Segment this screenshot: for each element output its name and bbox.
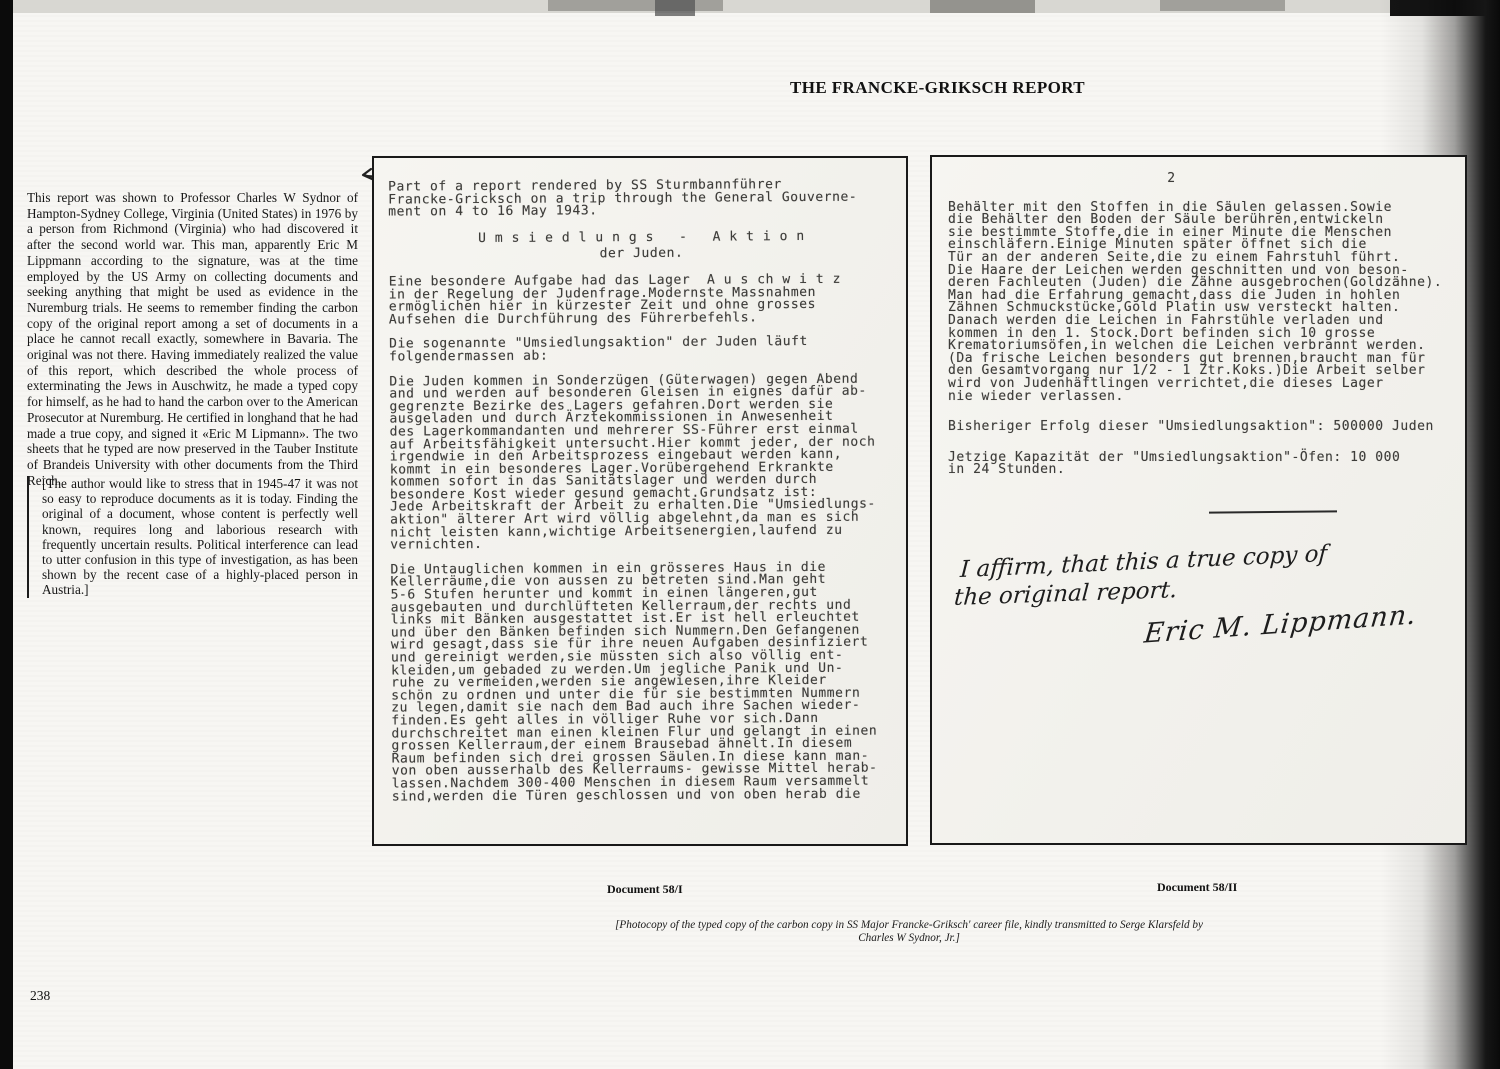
scan-smudge	[655, 0, 695, 16]
doc1-title-line2: der Juden.	[388, 247, 894, 263]
commentary-paragraph-1: This report was shown to Professor Charl…	[27, 190, 358, 488]
scan-left-edge-bar	[0, 0, 13, 1069]
doc1-paragraph-2: Die sogenannte "Umsiedlungsaktion" der J…	[389, 336, 895, 364]
doc2-tally-line2: Jetzige Kapazität der "Umsiedlungsaktion…	[948, 452, 1455, 477]
doc1-intro: Part of a report rendered by SS Sturmban…	[388, 178, 894, 219]
commentary-paragraph-2: [The author would like to stress that in…	[27, 476, 358, 598]
doc1-title-line1: U m s i e d l u n g s - A k t i o n	[388, 230, 894, 246]
handwritten-signature: Eric M. Lippmann.	[1143, 599, 1419, 649]
page-number: 238	[30, 988, 50, 1004]
document-58-2-facsimile: 2 Behälter mit den Stoffen in die Säulen…	[930, 155, 1467, 845]
doc1-paragraph-3: Die Juden kommen in Sonderzügen (Güterwa…	[389, 373, 896, 552]
doc1-paragraph-1: Eine besondere Aufgabe had das Lager A u…	[389, 273, 895, 326]
document-58-1-caption: Document 58/I	[607, 882, 683, 897]
doc1-paragraph-4: Die Untauglichen kommen in ein grösseres…	[390, 561, 897, 803]
page-title: THE FRANCKE-GRIKSCH REPORT	[790, 78, 1085, 98]
handwritten-affirmation-line1: I affirm, that this a true copy of	[959, 541, 1327, 583]
document-58-2-caption: Document 58/II	[1157, 880, 1237, 895]
photocopy-source-note: [Photocopy of the typed copy of the carb…	[600, 919, 1218, 945]
scan-smudge	[930, 0, 1035, 13]
doc2-sheet-number: 2	[948, 173, 1395, 186]
doc2-paragraph-1: Behälter mit den Stoffen in die Säulen g…	[948, 202, 1455, 404]
scan-corner-artifact	[1390, 0, 1500, 16]
scan-smudge	[1160, 0, 1285, 11]
hand-drawn-divider	[1209, 510, 1337, 513]
handwritten-affirmation-line2: the original report.	[953, 577, 1178, 611]
document-58-1-facsimile: Part of a report rendered by SS Sturmban…	[372, 156, 908, 846]
book-page-scan: THE FRANCKE-GRIKSCH REPORT This report w…	[0, 0, 1500, 1069]
scan-smudge	[548, 0, 723, 11]
doc2-tally-line1: Bisheriger Erfolg dieser "Umsiedlungsakt…	[948, 421, 1455, 434]
